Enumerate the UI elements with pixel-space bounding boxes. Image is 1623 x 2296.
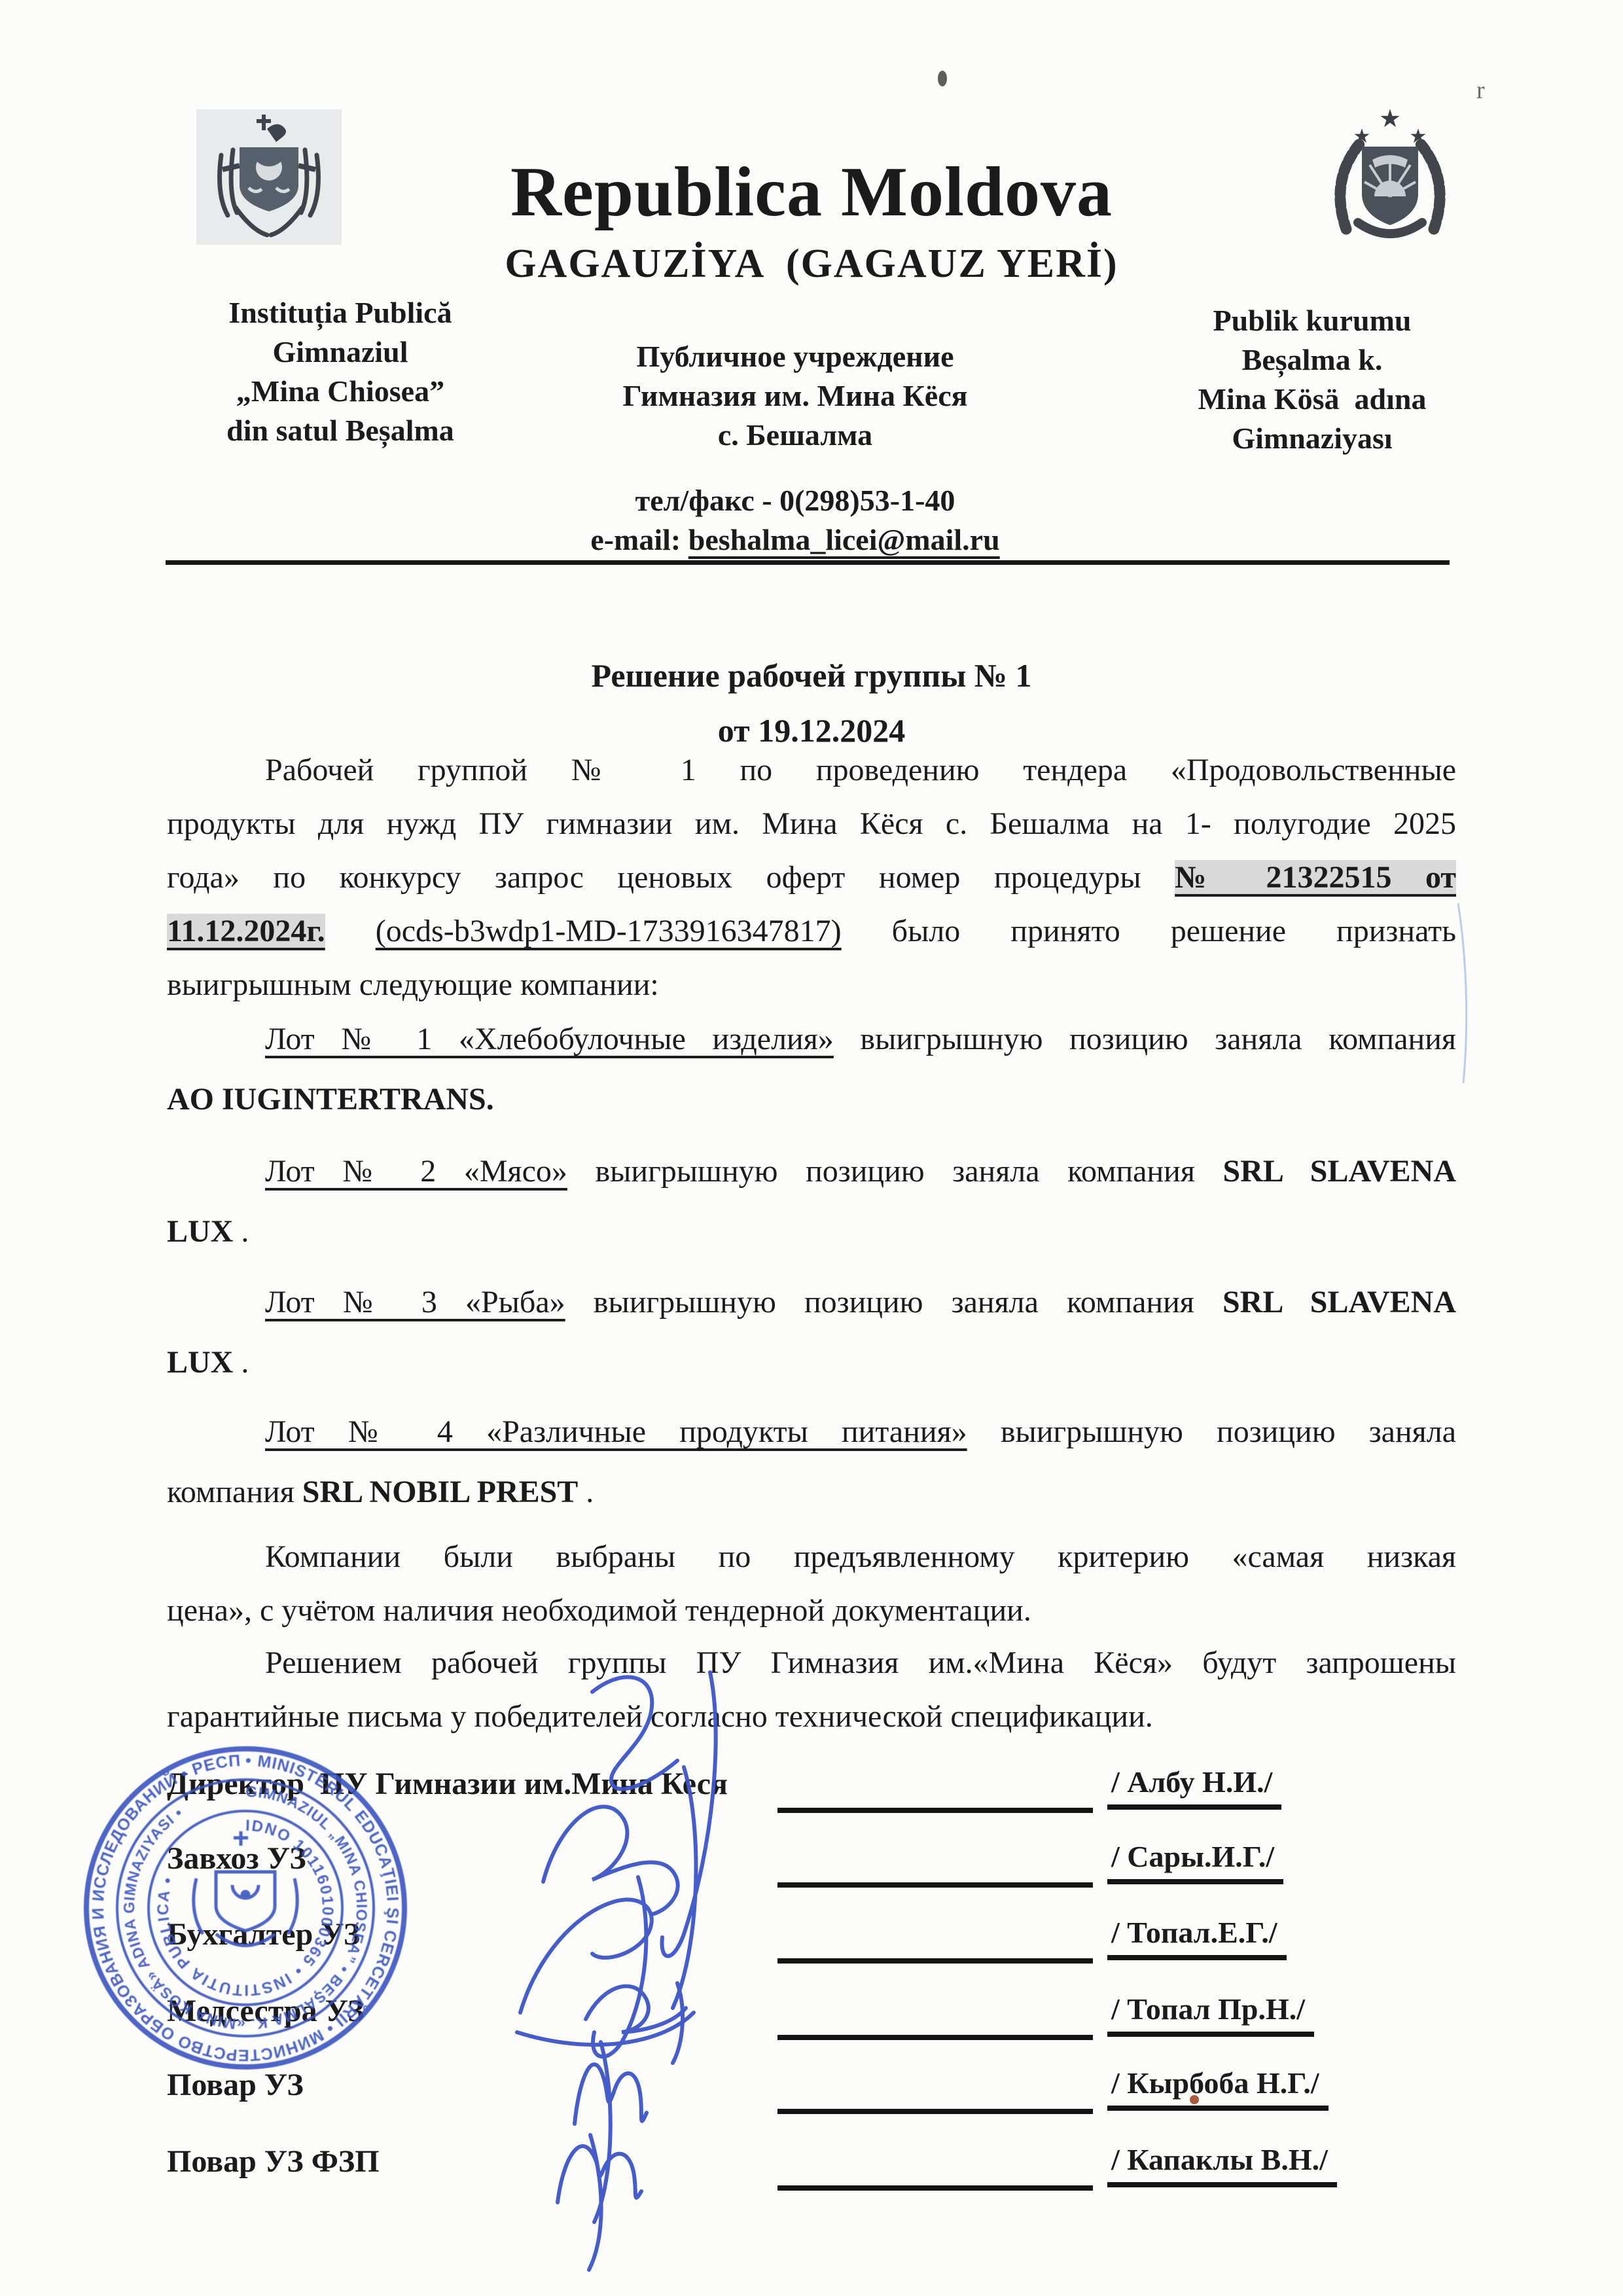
- email-label: e-mail:: [590, 523, 688, 556]
- org-name-gagauz: Publik kurumu Beșalma k. Mina Kösä adına…: [1122, 301, 1502, 458]
- signature-line: [777, 1882, 1093, 1888]
- winner-company-lot4: SRL NOBIL PREST: [302, 1475, 579, 1509]
- email-address: beshalma_licei@mail.ru: [688, 523, 1000, 556]
- paragraph-criteria: Компании были выбраны по предъявленному …: [167, 1530, 1456, 1638]
- org-right-line: Gimnaziyası: [1122, 419, 1502, 458]
- lot4-title: Лот № 4 «Различные продукты питания»: [265, 1414, 967, 1449]
- paragraph-line: LUX .: [167, 1202, 1456, 1262]
- paragraph-line: года» по конкурсу запрос ценовых оферт н…: [167, 851, 1456, 905]
- paragraph-line: продукты для нужд ПУ гимназии им. Мина К…: [167, 797, 1456, 851]
- scan-speck: [938, 71, 947, 86]
- lot2-title: Лот № 2 «Мясо»: [265, 1154, 567, 1189]
- text-run: выигрышную позицию заняла компания: [567, 1154, 1223, 1189]
- text-run: выигрышным следующие компании:: [167, 967, 659, 1002]
- text-run: выигрышную позицию заняла компания: [565, 1285, 1222, 1319]
- signature-stroke-kyrboba: [575, 2042, 647, 2222]
- text-run: выигрышную позицию заняла компания: [834, 1022, 1456, 1056]
- ocds-identifier: (ocds-b3wdp1-MD-1733916347817): [376, 914, 842, 948]
- org-name-russian: Публичное учреждение Гимназия им. Мина К…: [550, 337, 1041, 455]
- signature-line: [777, 1958, 1093, 1964]
- document-title-line1: Решение рабочей группы № 1: [167, 648, 1456, 703]
- winner-company-lot3: SRL SLAVENA: [1222, 1285, 1456, 1319]
- signature-line: [777, 2109, 1093, 2114]
- org-right-line: Beșalma k.: [1122, 340, 1502, 380]
- lot1-title: Лот № 1 «Хлебобулочные изделия»: [265, 1022, 834, 1056]
- paragraph-line: Лот № 2 «Мясо» выигрышную позицию заняла…: [167, 1141, 1456, 1202]
- text-run: компания: [167, 1475, 302, 1509]
- signature-stroke-topal-eg: [517, 1877, 694, 2056]
- text-run: было принято решение признать: [842, 914, 1456, 948]
- signer-role-povar-fzp: Повар УЗ ФЗП: [167, 2144, 380, 2179]
- paragraph-line: Рабочей группой № 1 по проведению тендер…: [167, 744, 1456, 797]
- text-run: Решением рабочей группы ПУ Гимназия им.«…: [265, 1645, 1456, 1680]
- phone-fax-line: тел/факс - 0(298)53-1-40: [550, 483, 1041, 518]
- org-left-line: Instituția Publică: [157, 293, 524, 332]
- scanned-document-page: ★ ★ ★ Republica Moldova GAGAUZİYA (GAGAU…: [0, 0, 1623, 2296]
- scan-mark-top-right: r: [1476, 77, 1485, 104]
- signer-name-topal-eg: / Топал.Е.Г./: [1107, 1915, 1287, 1960]
- paragraph-line: цена», с учётом наличия необходимой тенд…: [167, 1584, 1456, 1638]
- text-run: продукты для нужд ПУ гимназии им. Мина К…: [167, 806, 1456, 841]
- lot3-title: Лот № 3 «Рыба»: [265, 1285, 565, 1319]
- signature-stroke-kapakly: [558, 2135, 641, 2270]
- signature-line: [777, 2035, 1093, 2040]
- header-divider-line: [166, 560, 1450, 565]
- text-run: гарантийные письма у победителей согласн…: [167, 1699, 1153, 1734]
- winner-company-lot2: SRL SLAVENA: [1223, 1154, 1457, 1189]
- paragraph-line: выигрышным следующие компании:: [167, 958, 1456, 1012]
- paragraph-line: 11.12.2024г. (ocds-b3wdp1-MD-17339163478…: [167, 905, 1456, 958]
- paragraph-line: LUX .: [167, 1333, 1456, 1393]
- signer-name-topal-prn: / Топал Пр.Н./: [1107, 1992, 1314, 2037]
- procedure-number: № 21322515 от: [1175, 860, 1456, 895]
- org-left-line: din satul Beșalma: [157, 411, 524, 450]
- signer-name-sary: / Сары.И.Г./: [1107, 1839, 1283, 1884]
- winner-company-lot2-cont: LUX: [167, 1214, 233, 1249]
- signer-role-medsestra: Медсестра УЗ: [167, 1993, 365, 2029]
- text-run: Компании были выбраны по предъявленному …: [265, 1539, 1456, 1574]
- paragraph-line: Лот № 3 «Рыба» выигрышную позицию заняла…: [167, 1272, 1456, 1333]
- paragraph-guarantee: Решением рабочей группы ПУ Гимназия им.«…: [167, 1636, 1456, 1744]
- signer-name-albu: / Албу Н.И./: [1107, 1765, 1281, 1810]
- winner-company-lot1: AO IUGINTERTRANS.: [167, 1082, 494, 1117]
- paragraph-line: гарантийные письма у победителей согласн…: [167, 1690, 1456, 1744]
- text-run: [325, 914, 376, 948]
- winner-company-lot3-cont: LUX: [167, 1345, 233, 1380]
- signer-role-buhgalter: Бухгалтер УЗ: [167, 1916, 360, 1952]
- text-run: .: [578, 1475, 594, 1509]
- signature-line: [777, 2185, 1093, 2191]
- paragraph-lot2: Лот № 2 «Мясо» выигрышную позицию заняла…: [167, 1141, 1456, 1262]
- signature-stroke-topal-prn: [586, 1983, 686, 2063]
- org-center-line: Гимназия им. Мина Кёся: [550, 376, 1041, 416]
- stray-pen-mark: [1458, 903, 1467, 1083]
- text-run: года» по конкурсу запрос ценовых оферт н…: [167, 860, 1175, 895]
- text-run: выигрышную позицию заняла: [967, 1414, 1456, 1449]
- org-center-line: с. Бешалма: [550, 416, 1041, 455]
- text-run: .: [233, 1214, 249, 1249]
- paragraph-lot1: Лот № 1 «Хлебобулочные изделия» выигрышн…: [167, 1009, 1456, 1130]
- document-title: Решение рабочей группы № 1 от 19.12.2024: [167, 648, 1456, 758]
- procedure-date: 11.12.2024г.: [167, 914, 325, 948]
- handwritten-signatures-graphic: [517, 1672, 716, 2270]
- paragraph-line: Лот № 1 «Хлебобулочные изделия» выигрышн…: [167, 1009, 1456, 1069]
- org-right-line: Mina Kösä adına: [1122, 380, 1502, 419]
- org-center-line: Публичное учреждение: [550, 337, 1041, 376]
- signer-name-kyrboba: / Кырбоба Н.Г./: [1107, 2066, 1329, 2111]
- org-name-romanian: Instituția Publică Gimnaziul „Mina Chios…: [157, 293, 524, 450]
- text-run: Рабочей группой № 1 по проведению тендер…: [265, 753, 1456, 787]
- signer-role-povar: Повар УЗ: [167, 2067, 304, 2103]
- svg-text:★: ★: [1379, 105, 1401, 133]
- text-run: .: [233, 1345, 249, 1380]
- email-line: e-mail: beshalma_licei@mail.ru: [550, 522, 1041, 557]
- signer-role-zavhoz: Завхоз УЗ: [167, 1840, 306, 1876]
- paragraph-lot4: Лот № 4 «Различные продукты питания» выи…: [167, 1402, 1456, 1522]
- region-subtitle: GAGAUZİYA (GAGAUZ YERİ): [26, 241, 1597, 287]
- paragraph-line: Компании были выбраны по предъявленному …: [167, 1530, 1456, 1584]
- paragraph-line: компания SRL NOBIL PREST .: [167, 1462, 1456, 1522]
- paragraph-intro: Рабочей группой № 1 по проведению тендер…: [167, 744, 1456, 1012]
- signature-line: [777, 1808, 1093, 1813]
- paragraph-line: Лот № 4 «Различные продукты питания» выи…: [167, 1402, 1456, 1462]
- signer-name-kapakly: / Капаклы В.Н./: [1107, 2142, 1337, 2187]
- org-left-line: „Mina Chiosea”: [157, 372, 524, 411]
- signature-stroke-sary: [543, 1767, 696, 2008]
- paragraph-line: Решением рабочей группы ПУ Гимназия им.«…: [167, 1636, 1456, 1690]
- signer-role-director: Директор ПУ Гимназии им.Мина Кеся: [167, 1766, 728, 1802]
- country-title: Republica Moldova: [26, 152, 1597, 233]
- org-left-line: Gimnaziul: [157, 332, 524, 372]
- paragraph-line: AO IUGINTERTRANS.: [167, 1069, 1456, 1130]
- paragraph-lot3: Лот № 3 «Рыба» выигрышную позицию заняла…: [167, 1272, 1456, 1393]
- org-right-line: Publik kurumu: [1122, 301, 1502, 340]
- text-run: цена», с учётом наличия необходимой тенд…: [167, 1593, 1031, 1628]
